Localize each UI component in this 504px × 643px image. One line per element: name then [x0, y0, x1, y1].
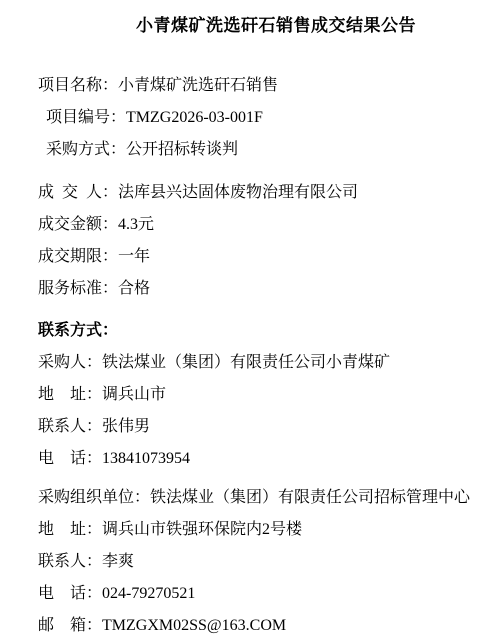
contact-info-section: 联系方式： 采购人：铁法煤业（集团）有限责任公司小青煤矿 地 址：调兵山市 联系… [38, 315, 474, 475]
organizer-unit-row: 采购组织单位：铁法煤业（集团）有限责任公司招标管理中心 [38, 482, 474, 514]
purchaser-label: 采购人： [38, 354, 102, 371]
organizer-email-row: 邮 箱：TMZGXM02SS@163.COM [38, 610, 474, 642]
service-standard-row: 服务标准：合格 [38, 273, 474, 305]
purchaser-contact-person-value: 张伟男 [102, 418, 150, 435]
purchaser-address-row: 地 址：调兵山市 [38, 379, 474, 411]
procurement-method-value: 公开招标转谈判 [126, 141, 238, 158]
announcement-document: 小青煤矿洗选矸石销售成交结果公告 项目名称：小青煤矿洗选矸石销售 项目编号：TM… [0, 0, 504, 643]
project-number-label: 项目编号： [46, 109, 126, 126]
project-number-row: 项目编号：TMZG2026-03-001F [38, 102, 474, 134]
organizer-email-value: TMZGXM02SS@163.COM [102, 617, 286, 634]
project-name-value: 小青煤矿洗选矸石销售 [118, 77, 278, 94]
purchaser-value: 铁法煤业（集团）有限责任公司小青煤矿 [102, 354, 390, 371]
winner-label: 成 交 人： [38, 184, 118, 201]
organizer-phone-value: 024-79270521 [102, 585, 195, 602]
winner-value: 法库县兴达固体废物治理有限公司 [118, 184, 358, 201]
organizer-info-section: 采购组织单位：铁法煤业（集团）有限责任公司招标管理中心 地 址：调兵山市铁强环保… [38, 482, 474, 642]
organizer-phone-row: 电 话：024-79270521 [38, 578, 474, 610]
organizer-phone-label: 电 话： [38, 585, 102, 602]
purchaser-row: 采购人：铁法煤业（集团）有限责任公司小青煤矿 [38, 347, 474, 379]
page-title: 小青煤矿洗选矸石销售成交结果公告 [38, 14, 474, 38]
amount-label: 成交金额： [38, 216, 118, 233]
amount-value: 4.3元 [118, 216, 154, 233]
transaction-result-section: 成 交 人：法库县兴达固体废物治理有限公司 成交金额：4.3元 成交期限：一年 … [38, 177, 474, 305]
organizer-address-value: 调兵山市铁强环保院内2号楼 [102, 521, 302, 538]
procurement-method-row: 采购方式：公开招标转谈判 [38, 134, 474, 166]
purchaser-contact-person-label: 联系人： [38, 418, 102, 435]
purchaser-address-value: 调兵山市 [102, 386, 166, 403]
term-row: 成交期限：一年 [38, 241, 474, 273]
winner-row: 成 交 人：法库县兴达固体废物治理有限公司 [38, 177, 474, 209]
organizer-contact-person-label: 联系人： [38, 553, 102, 570]
purchaser-phone-value: 13841073954 [102, 450, 190, 467]
organizer-contact-person-row: 联系人：李爽 [38, 546, 474, 578]
amount-row: 成交金额：4.3元 [38, 209, 474, 241]
purchaser-address-label: 地 址： [38, 386, 102, 403]
organizer-address-label: 地 址： [38, 521, 102, 538]
organizer-unit-value: 铁法煤业（集团）有限责任公司招标管理中心 [150, 489, 470, 506]
project-info-section: 项目名称：小青煤矿洗选矸石销售 项目编号：TMZG2026-03-001F 采购… [38, 70, 474, 166]
project-name-row: 项目名称：小青煤矿洗选矸石销售 [38, 70, 474, 102]
purchaser-phone-label: 电 话： [38, 450, 102, 467]
service-standard-value: 合格 [118, 280, 150, 297]
organizer-contact-person-value: 李爽 [102, 553, 134, 570]
organizer-email-label: 邮 箱： [38, 617, 102, 634]
service-standard-label: 服务标准： [38, 280, 118, 297]
contact-heading: 联系方式： [38, 315, 474, 347]
purchaser-contact-person-row: 联系人：张伟男 [38, 411, 474, 443]
project-name-label: 项目名称： [38, 77, 118, 94]
term-value: 一年 [118, 248, 150, 265]
organizer-unit-label: 采购组织单位： [38, 489, 150, 506]
organizer-address-row: 地 址：调兵山市铁强环保院内2号楼 [38, 514, 474, 546]
term-label: 成交期限： [38, 248, 118, 265]
project-number-value: TMZG2026-03-001F [126, 109, 263, 126]
purchaser-phone-row: 电 话：13841073954 [38, 443, 474, 475]
procurement-method-label: 采购方式： [46, 141, 126, 158]
